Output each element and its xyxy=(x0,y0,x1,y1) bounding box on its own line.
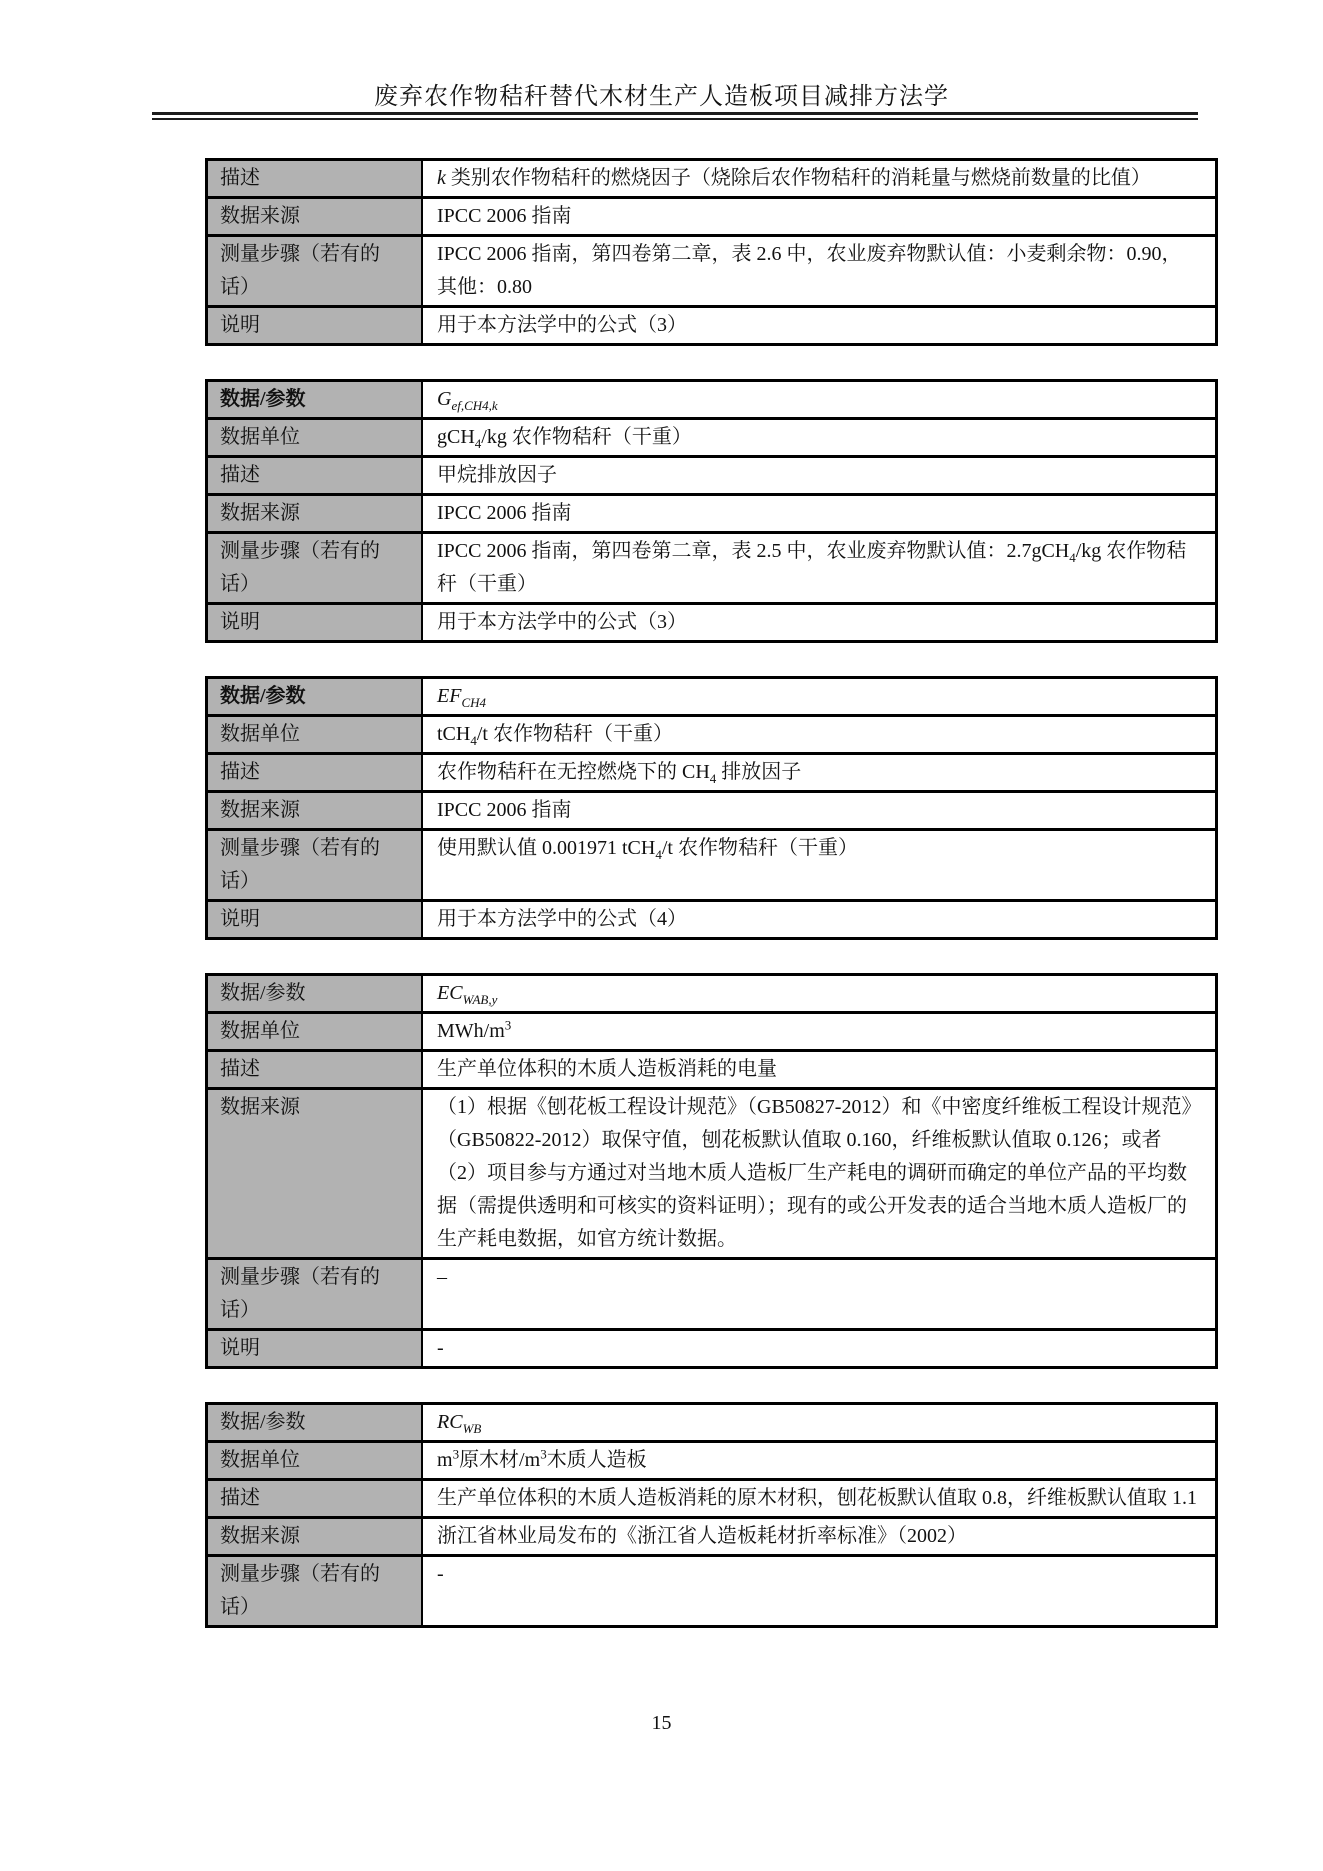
row-value: - xyxy=(423,1557,1215,1625)
table-row: 数据/参数ECWAB,y xyxy=(208,976,1215,1011)
parameter-table-4: 数据/参数ECWAB,y数据单位MWh/m3描述生产单位体积的木质人造板消耗的电… xyxy=(205,973,1218,1369)
row-label: 测量步骤（若有的话） xyxy=(208,237,423,305)
table-row: 描述k 类别农作物秸秆的燃烧因子（烧除后农作物秸秆的消耗量与燃烧前数量的比值） xyxy=(208,161,1215,196)
row-value: 甲烷排放因子 xyxy=(423,458,1215,493)
row-label: 数据来源 xyxy=(208,199,423,234)
page-title: 废弃农作物秸秆替代木材生产人造板项目减排方法学 xyxy=(0,76,1323,111)
row-value: IPCC 2006 指南，第四卷第二章，表 2.5 中，农业废弃物默认值：2.7… xyxy=(423,534,1215,602)
row-label: 数据/参数 xyxy=(208,679,423,714)
row-label: 测量步骤（若有的话） xyxy=(208,831,423,899)
table-row: 数据来源浙江省林业局发布的《浙江省人造板耗材折率标准》（2002） xyxy=(208,1516,1215,1554)
row-value: IPCC 2006 指南，第四卷第二章，表 2.6 中，农业废弃物默认值：小麦剩… xyxy=(423,237,1215,305)
row-label: 说明 xyxy=(208,1331,423,1366)
table-row: 说明用于本方法学中的公式（3） xyxy=(208,305,1215,343)
table-row: 测量步骤（若有的话）- xyxy=(208,1554,1215,1625)
parameter-table-5: 数据/参数RCWB数据单位m3原木材/m3木质人造板描述生产单位体积的木质人造板… xyxy=(205,1402,1218,1628)
row-value: IPCC 2006 指南 xyxy=(423,496,1215,531)
table-row: 描述农作物秸秆在无控燃烧下的 CH4 排放因子 xyxy=(208,752,1215,790)
row-value: tCH4/t 农作物秸秆（干重） xyxy=(423,717,1215,752)
table-row: 数据来源IPCC 2006 指南 xyxy=(208,790,1215,828)
table-row: 数据单位tCH4/t 农作物秸秆（干重） xyxy=(208,714,1215,752)
row-value: 用于本方法学中的公式（3） xyxy=(423,605,1215,640)
row-label: 描述 xyxy=(208,458,423,493)
row-label: 数据来源 xyxy=(208,1519,423,1554)
row-label: 数据单位 xyxy=(208,1014,423,1049)
row-value: 使用默认值 0.001971 tCH4/t 农作物秸秆（干重） xyxy=(423,831,1215,899)
parameter-table-3: 数据/参数EFCH4数据单位tCH4/t 农作物秸秆（干重）描述农作物秸秆在无控… xyxy=(205,676,1218,940)
table-row: 说明用于本方法学中的公式（4） xyxy=(208,899,1215,937)
table-row: 测量步骤（若有的话）IPCC 2006 指南，第四卷第二章，表 2.5 中，农业… xyxy=(208,531,1215,602)
row-label: 数据来源 xyxy=(208,793,423,828)
parameter-table-1: 描述k 类别农作物秸秆的燃烧因子（烧除后农作物秸秆的消耗量与燃烧前数量的比值）数… xyxy=(205,158,1218,346)
row-value: 生产单位体积的木质人造板消耗的原木材积，刨花板默认值取 0.8，纤维板默认值取 … xyxy=(423,1481,1215,1516)
row-label: 数据来源 xyxy=(208,496,423,531)
row-value: IPCC 2006 指南 xyxy=(423,793,1215,828)
row-label: 描述 xyxy=(208,161,423,196)
table-row: 描述甲烷排放因子 xyxy=(208,455,1215,493)
row-value: 浙江省林业局发布的《浙江省人造板耗材折率标准》（2002） xyxy=(423,1519,1215,1554)
row-value: Gef,CH4,k xyxy=(423,382,1215,417)
table-row: 数据单位m3原木材/m3木质人造板 xyxy=(208,1440,1215,1478)
row-label: 说明 xyxy=(208,308,423,343)
row-label: 数据/参数 xyxy=(208,976,423,1011)
row-value: IPCC 2006 指南 xyxy=(423,199,1215,234)
row-label: 描述 xyxy=(208,755,423,790)
row-value: （1）根据《刨花板工程设计规范》（GB50827-2012）和《中密度纤维板工程… xyxy=(423,1090,1215,1257)
row-value: 生产单位体积的木质人造板消耗的电量 xyxy=(423,1052,1215,1087)
row-label: 数据单位 xyxy=(208,1443,423,1478)
table-row: 数据来源IPCC 2006 指南 xyxy=(208,493,1215,531)
row-label: 数据来源 xyxy=(208,1090,423,1257)
row-value: MWh/m3 xyxy=(423,1014,1215,1049)
table-row: 说明- xyxy=(208,1328,1215,1366)
row-label: 测量步骤（若有的话） xyxy=(208,1557,423,1625)
parameter-tables: 描述k 类别农作物秸秆的燃烧因子（烧除后农作物秸秆的消耗量与燃烧前数量的比值）数… xyxy=(205,158,1218,1661)
row-value: - xyxy=(423,1331,1215,1366)
row-label: 说明 xyxy=(208,605,423,640)
row-label: 数据单位 xyxy=(208,717,423,752)
row-value: – xyxy=(423,1260,1215,1328)
row-label: 说明 xyxy=(208,902,423,937)
table-row: 数据单位gCH4/kg 农作物秸秆（干重） xyxy=(208,417,1215,455)
document-page: 废弃农作物秸秆替代木材生产人造板项目减排方法学 描述k 类别农作物秸秆的燃烧因子… xyxy=(0,0,1323,1871)
parameter-table-2: 数据/参数Gef,CH4,k数据单位gCH4/kg 农作物秸秆（干重）描述甲烷排… xyxy=(205,379,1218,643)
row-label: 测量步骤（若有的话） xyxy=(208,534,423,602)
table-row: 数据来源（1）根据《刨花板工程设计规范》（GB50827-2012）和《中密度纤… xyxy=(208,1087,1215,1257)
table-row: 测量步骤（若有的话）使用默认值 0.001971 tCH4/t 农作物秸秆（干重… xyxy=(208,828,1215,899)
table-row: 描述生产单位体积的木质人造板消耗的原木材积，刨花板默认值取 0.8，纤维板默认值… xyxy=(208,1478,1215,1516)
table-row: 数据/参数EFCH4 xyxy=(208,679,1215,714)
row-label: 测量步骤（若有的话） xyxy=(208,1260,423,1328)
row-label: 数据/参数 xyxy=(208,1405,423,1440)
table-row: 数据单位MWh/m3 xyxy=(208,1011,1215,1049)
row-label: 描述 xyxy=(208,1052,423,1087)
row-value: gCH4/kg 农作物秸秆（干重） xyxy=(423,420,1215,455)
row-value: 用于本方法学中的公式（4） xyxy=(423,902,1215,937)
table-row: 数据/参数RCWB xyxy=(208,1405,1215,1440)
table-row: 描述生产单位体积的木质人造板消耗的电量 xyxy=(208,1049,1215,1087)
row-label: 数据单位 xyxy=(208,420,423,455)
row-value: k 类别农作物秸秆的燃烧因子（烧除后农作物秸秆的消耗量与燃烧前数量的比值） xyxy=(423,161,1215,196)
table-row: 数据/参数Gef,CH4,k xyxy=(208,382,1215,417)
table-row: 数据来源IPCC 2006 指南 xyxy=(208,196,1215,234)
row-value: ECWAB,y xyxy=(423,976,1215,1011)
row-label: 数据/参数 xyxy=(208,382,423,417)
header-rule xyxy=(152,112,1198,120)
table-row: 测量步骤（若有的话）– xyxy=(208,1257,1215,1328)
row-value: m3原木材/m3木质人造板 xyxy=(423,1443,1215,1478)
table-row: 测量步骤（若有的话）IPCC 2006 指南，第四卷第二章，表 2.6 中，农业… xyxy=(208,234,1215,305)
row-label: 描述 xyxy=(208,1481,423,1516)
row-value: 农作物秸秆在无控燃烧下的 CH4 排放因子 xyxy=(423,755,1215,790)
page-number: 15 xyxy=(0,1712,1323,1735)
row-value: RCWB xyxy=(423,1405,1215,1440)
row-value: EFCH4 xyxy=(423,679,1215,714)
row-value: 用于本方法学中的公式（3） xyxy=(423,308,1215,343)
table-row: 说明用于本方法学中的公式（3） xyxy=(208,602,1215,640)
